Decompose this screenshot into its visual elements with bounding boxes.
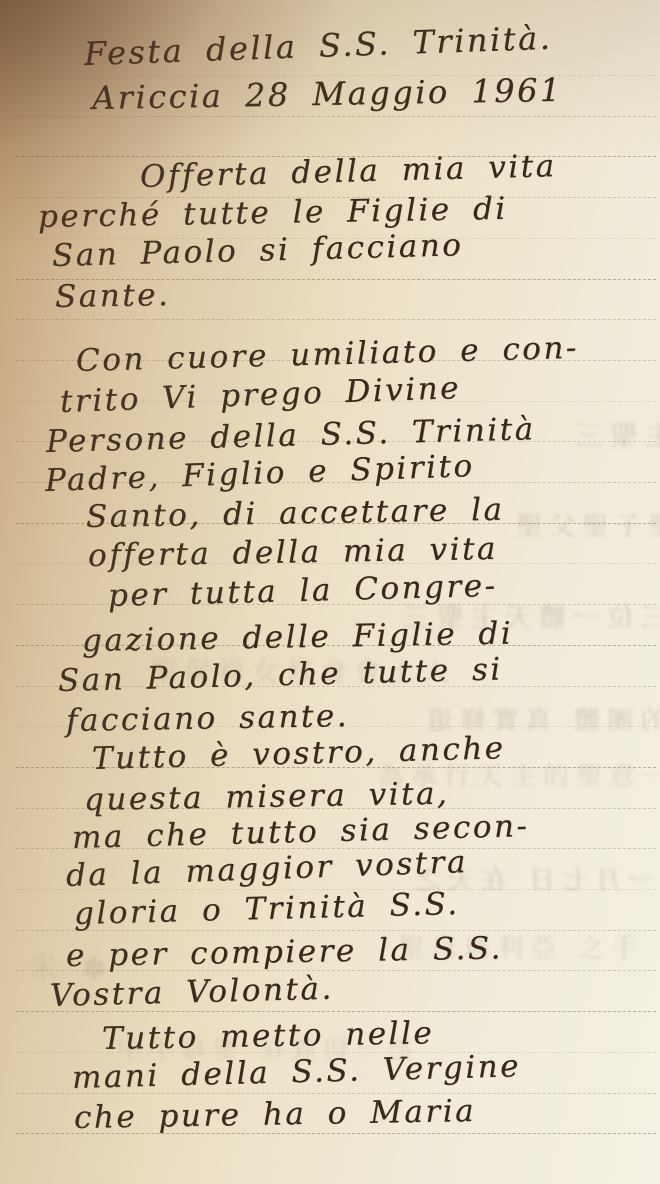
handwriting-line: San Paolo, che tutte si xyxy=(58,654,503,697)
handwriting-line-title: Festa della S.S. Trinità. xyxy=(83,22,552,70)
handwriting-line: trito Vi prego Divine xyxy=(59,373,461,418)
ruled-line xyxy=(16,319,656,320)
handwriting-line: San Paolo si facciano xyxy=(52,230,464,272)
bleed-through-text: 天主聖三 xyxy=(568,414,660,454)
handwriting-line: Offerta della mia vita xyxy=(140,151,557,193)
handwriting-line: gazione delle Figlie di xyxy=(82,618,514,657)
handwriting-line: Santo, di accettare la xyxy=(86,495,505,533)
handwriting-line: offerta della mia vita xyxy=(88,534,498,572)
manuscript-page-photo: 天主聖三 聖父聖子聖神 三位一體天主聖三 聖保祿女修會會士人 的團體 真實修道 … xyxy=(0,0,660,1184)
handwriting-line: Tutto metto nelle xyxy=(102,1018,435,1055)
bleed-through-text: 聖父聖子聖神 xyxy=(516,506,660,543)
handwriting-line: Vostra Volontà. xyxy=(50,974,334,1012)
handwriting-line: mani della S.S. Vergine xyxy=(72,1051,522,1094)
handwriting-line: Sante. xyxy=(55,280,171,313)
handwriting-line: gloria o Trinità S.S. xyxy=(74,889,460,930)
handwriting-line-date: Ariccia 28 Maggio 1961 xyxy=(92,74,563,114)
handwriting-line: che pure ha o Maria xyxy=(74,1096,477,1134)
handwriting-line: e per compiere la S.S. xyxy=(66,933,503,972)
handwriting-line: facciano sante. xyxy=(66,701,350,737)
handwriting-line: questa misera vita, xyxy=(84,779,450,816)
handwriting-line: Con cuore umiliato e con- xyxy=(76,333,580,377)
